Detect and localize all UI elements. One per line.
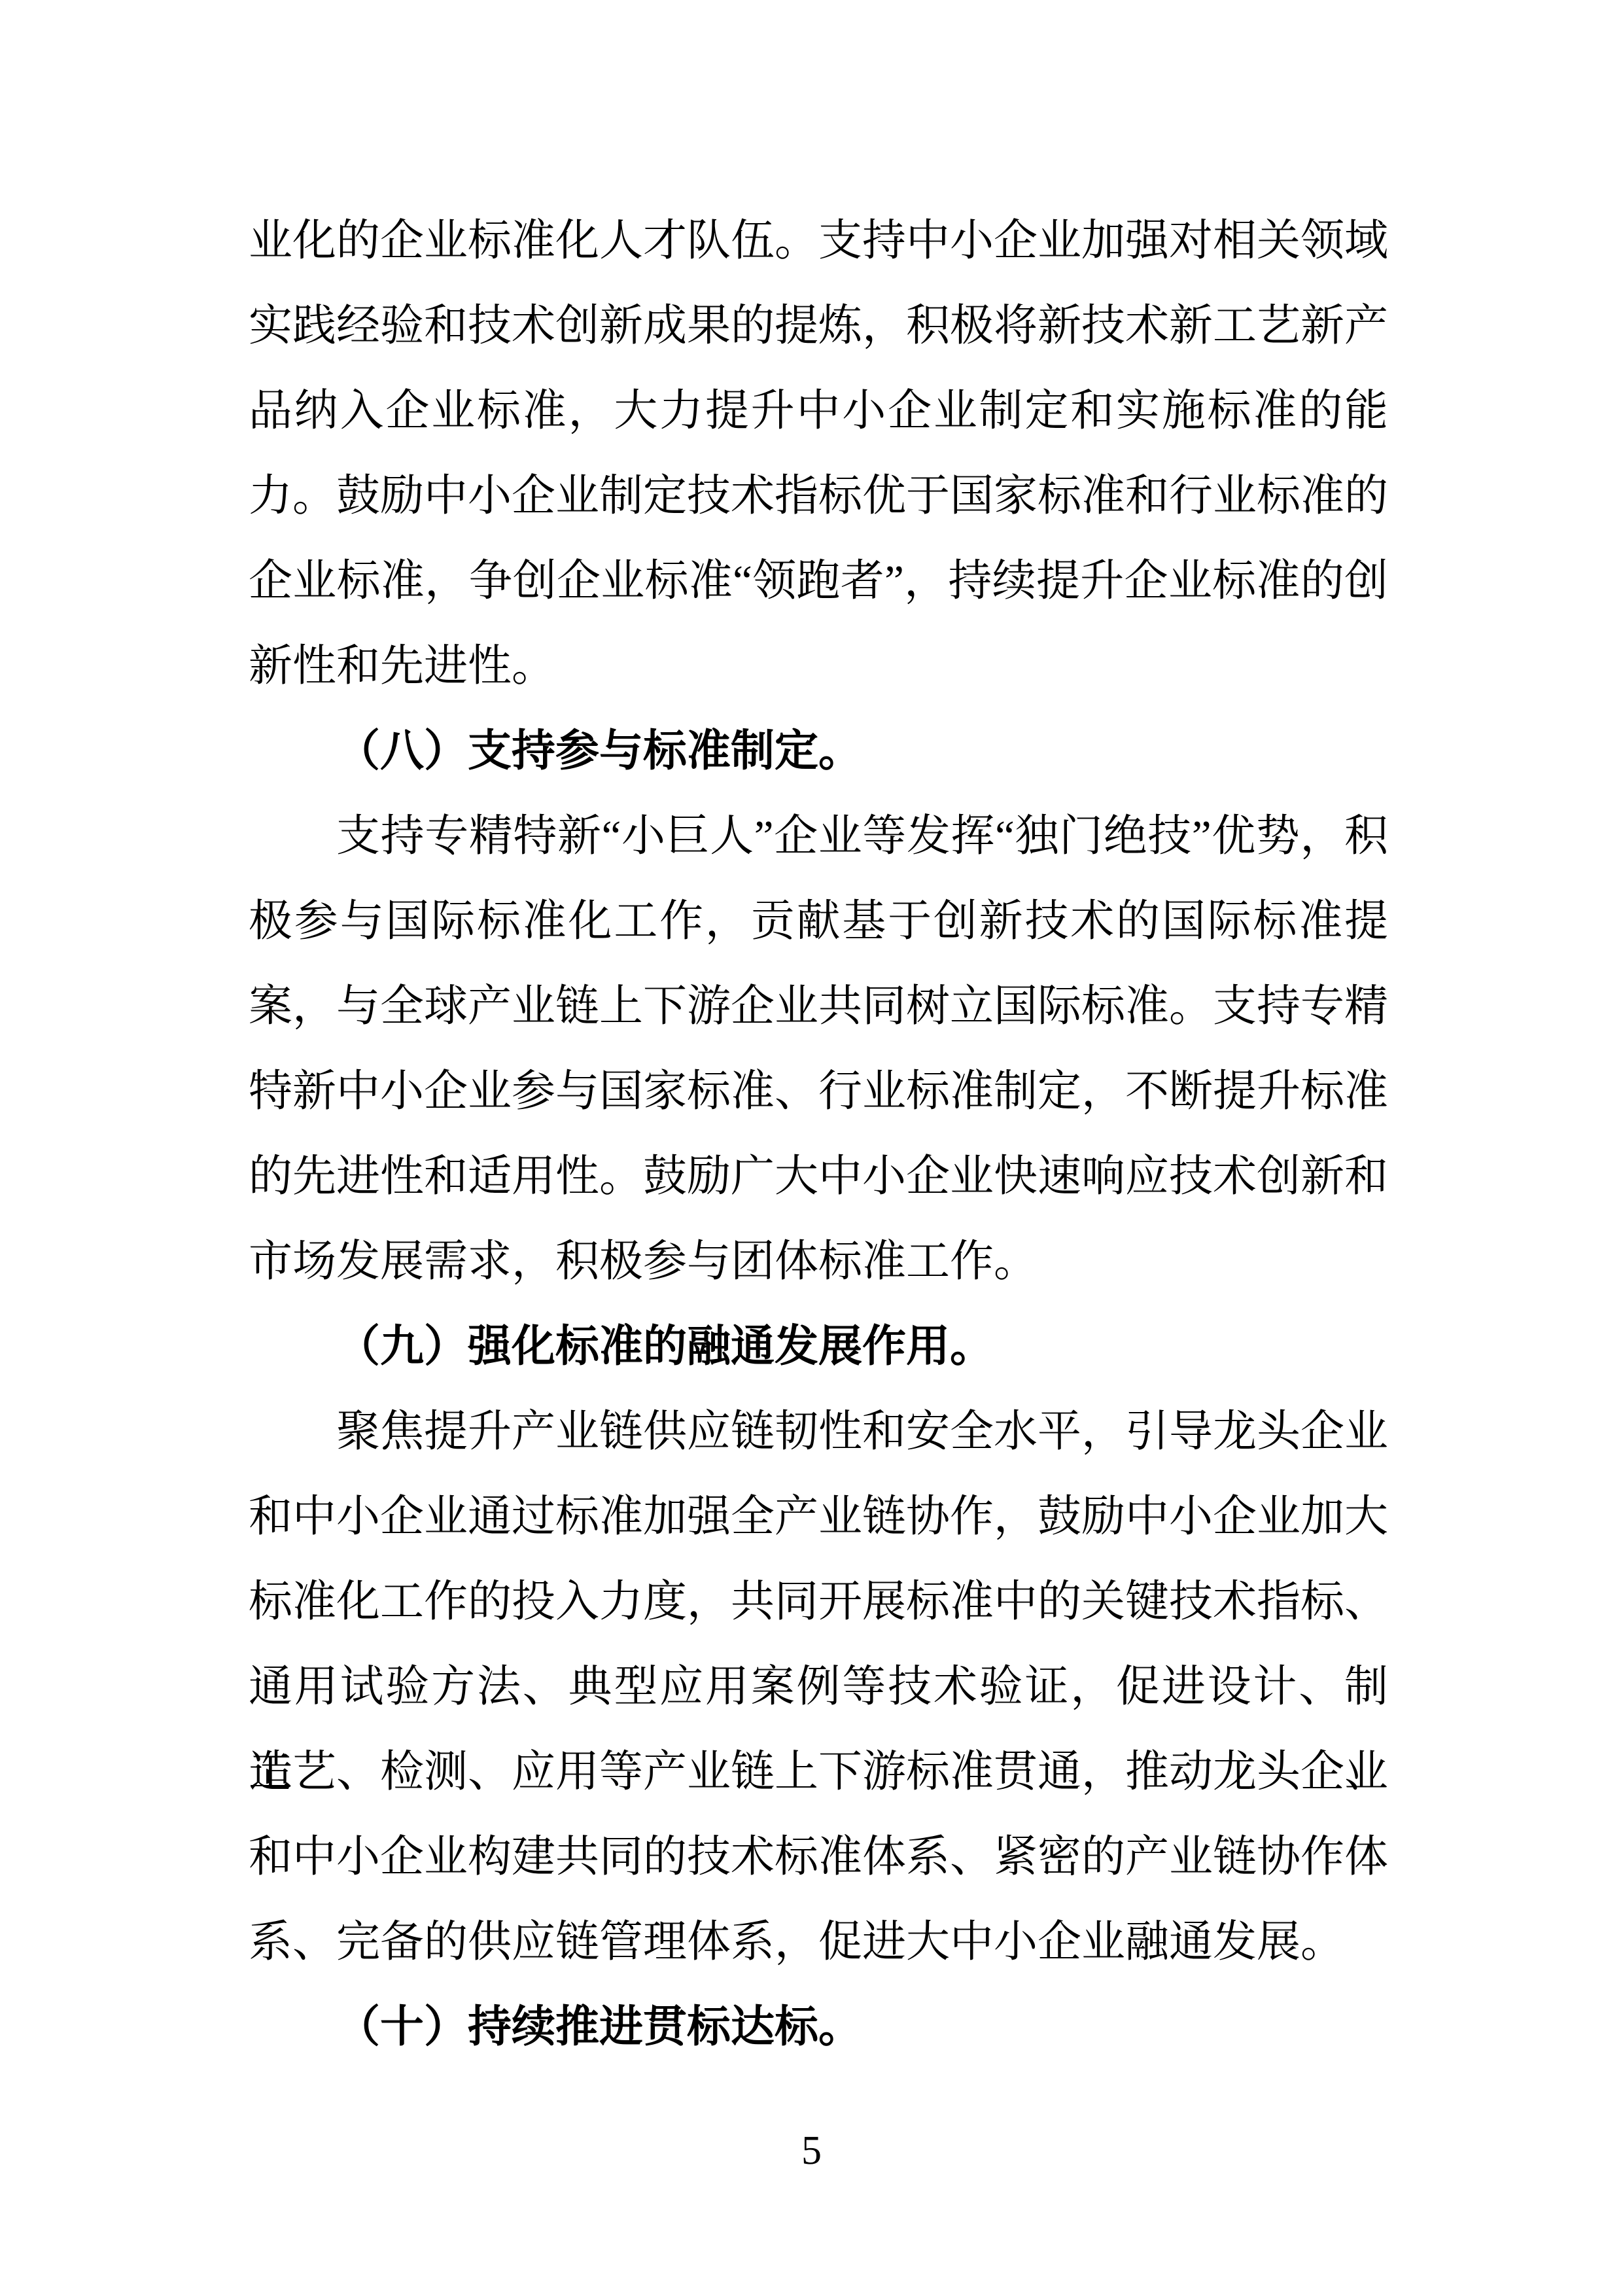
text-line: 和中小企业构建共同的技术标准体系、紧密的产业链协作体 [249, 1814, 1388, 1899]
text-line: 标准化工作的投入力度，共同开展标准中的关键技术指标、 [249, 1559, 1388, 1644]
text-line: 企业标准，争创企业标准“领跑者”，持续提升企业标准的创 [249, 539, 1388, 624]
text-line: 特新中小企业参与国家标准、行业标准制定，不断提升标准 [249, 1049, 1388, 1134]
text-line: 品纳入企业标准，大力提升中小企业制定和实施标准的能 [249, 368, 1388, 453]
text-line: 业化的企业标准化人才队伍。支持中小企业加强对相关领域 [249, 198, 1388, 283]
text-line: 力。鼓励中小企业制定技术指标优于国家标准和行业标准的 [249, 453, 1388, 539]
text-line: 新性和先进性。 [249, 624, 1388, 709]
text-line: 实践经验和技术创新成果的提炼，积极将新技术新工艺新产 [249, 283, 1388, 368]
text-line: 市场发展需求，积极参与团体标准工作。 [249, 1219, 1388, 1304]
text-line: 和中小企业通过标准加强全产业链协作，鼓励中小企业加大 [249, 1474, 1388, 1559]
section-heading: （九）强化标准的融通发展作用。 [249, 1304, 1388, 1389]
text-line: 系、完备的供应链管理体系，促进大中小企业融通发展。 [249, 1899, 1388, 1985]
document-page: 业化的企业标准化人才队伍。支持中小企业加强对相关领域实践经验和技术创新成果的提炼… [0, 0, 1623, 2296]
text-line: 聚焦提升产业链供应链韧性和安全水平，引导龙头企业 [249, 1389, 1388, 1474]
section-heading: （十）持续推进贯标达标。 [249, 1985, 1388, 2070]
text-line: 通用试验方法、典型应用案例等技术验证，促进设计、制造、 [249, 1644, 1388, 1729]
text-line: 工艺、检测、应用等产业链上下游标准贯通，推动龙头企业 [249, 1729, 1388, 1814]
section-heading: （八）支持参与标准制定。 [249, 709, 1388, 794]
document-body: 业化的企业标准化人才队伍。支持中小企业加强对相关领域实践经验和技术创新成果的提炼… [249, 198, 1388, 2070]
text-line: 案，与全球产业链上下游企业共同树立国际标准。支持专精 [249, 964, 1388, 1049]
page-number: 5 [0, 2128, 1623, 2174]
text-line: 的先进性和适用性。鼓励广大中小企业快速响应技术创新和 [249, 1134, 1388, 1219]
text-line: 支持专精特新“小巨人”企业等发挥“独门绝技”优势，积 [249, 794, 1388, 879]
text-line: 极参与国际标准化工作，贡献基于创新技术的国际标准提 [249, 879, 1388, 964]
